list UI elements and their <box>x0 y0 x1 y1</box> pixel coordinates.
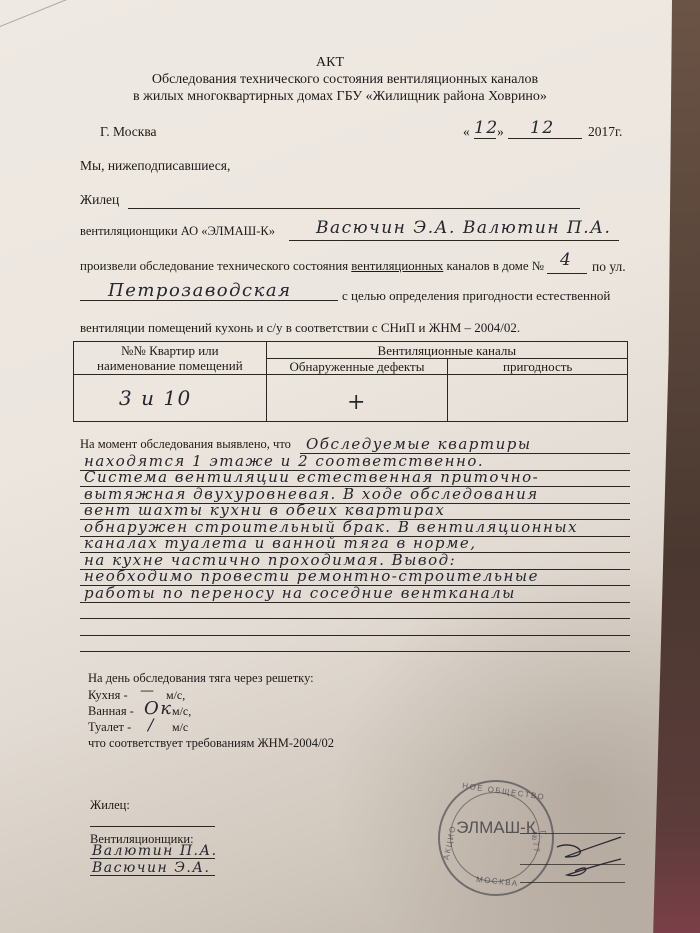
resident-signature-label: Жилец: <box>90 798 130 813</box>
toilet-label: Туалет - <box>88 720 131 735</box>
findings-line[interactable]: Обследуемые квартиры <box>306 435 532 453</box>
cell-defects[interactable]: + <box>266 375 448 422</box>
street-label: по ул. <box>592 259 626 275</box>
document-title: АКТ <box>0 55 660 71</box>
worker2-signature[interactable]: Васючин Э.А. <box>92 860 210 876</box>
director-signature-icon <box>555 835 625 885</box>
findings-label: На момент обследования выявлено, что <box>80 437 291 452</box>
apartments-table: №№ Квартир или наименование помещений Ве… <box>73 341 628 422</box>
cell-suitability[interactable] <box>448 375 628 422</box>
kitchen-label: Кухня - <box>88 688 128 703</box>
paper-fold <box>0 0 102 31</box>
date-month: 12 <box>508 118 582 139</box>
company-stamp: НОЕ ОБЩЕСТВО АКЦИО Г. №77 ЭЛМАШ-К МОСКВА <box>438 780 554 896</box>
col-header-suitability: пригодность <box>448 359 628 375</box>
col-header-apartments: №№ Квартир или наименование помещений <box>74 342 267 375</box>
group-header-ventilation: Вентиляционные каналы <box>266 342 627 359</box>
findings-line[interactable]: Система вентиляции естественная приточно… <box>84 468 539 486</box>
findings-line[interactable]: находятся 1 этаже и 2 соответственно. <box>84 452 484 470</box>
document-sheet: АКТ Обследования технического состояния … <box>0 0 672 933</box>
document-subtitle-2: в жилых многоквартирных домах ГБУ «Жилищ… <box>0 89 680 105</box>
worker1-signature[interactable]: Валютин П.А. <box>92 843 218 859</box>
house-number-field[interactable]: 4 <box>560 250 572 270</box>
purpose-text-2: вентиляции помещений кухонь и с/у в соот… <box>80 320 520 336</box>
toilet-unit: м/с <box>172 720 188 735</box>
toilet-value[interactable]: / <box>148 715 155 734</box>
findings-line[interactable]: вент шахты кухни в обеих квартирах <box>84 501 445 519</box>
street-field[interactable]: Петрозаводская <box>108 280 292 301</box>
bath-unit: м/с, <box>172 704 191 719</box>
findings-line[interactable]: работы по переносу на соседние вентканал… <box>84 584 516 602</box>
intro-text: Мы, нижеподписавшиеся, <box>80 158 230 174</box>
draft-label: На день обследования тяга через решетку: <box>88 671 314 686</box>
date-day: 12 <box>474 118 496 139</box>
findings-line[interactable]: на кухне частично проходимая. Вывод: <box>84 551 456 569</box>
table-row: 3 и 10 + <box>74 375 628 422</box>
survey-sentence: произвели обследование технического сост… <box>80 259 544 274</box>
findings-line[interactable]: необходимо провести ремонтно-строительны… <box>84 567 539 585</box>
workers-field[interactable]: Васючин Э.А. Валютин П.А. <box>316 218 611 238</box>
conformity-text: что соответствует требованиям ЖНМ-2004/0… <box>88 736 334 751</box>
date-year: 2017г. <box>588 124 622 140</box>
cell-apartments[interactable]: 3 и 10 <box>74 375 267 422</box>
col-header-defects: Обнаруженные дефекты <box>266 359 448 375</box>
city: Г. Москва <box>100 124 157 140</box>
kitchen-value[interactable]: — <box>140 683 156 699</box>
document-subtitle-1: Обследования технического состояния вент… <box>0 72 690 88</box>
date-open-quote: « <box>463 124 470 140</box>
findings-line[interactable]: обнаружен строительный брак. В вентиляци… <box>84 518 578 536</box>
workers-label: вентиляционщики АО «ЭЛМАШ-К» <box>80 224 275 239</box>
bath-label: Ванная - <box>88 704 134 719</box>
findings-line[interactable]: каналах туалета и ванной тяга в норме, <box>84 534 477 552</box>
findings-line[interactable]: вытяжная двухуровневая. В ходе обследова… <box>84 485 539 503</box>
date-close-quote: » <box>497 124 504 140</box>
purpose-text: с целью определения пригодности естестве… <box>342 288 610 304</box>
resident-label: Жилец <box>80 192 119 208</box>
stamp-company-name: ЭЛМАШ-К <box>444 818 548 838</box>
